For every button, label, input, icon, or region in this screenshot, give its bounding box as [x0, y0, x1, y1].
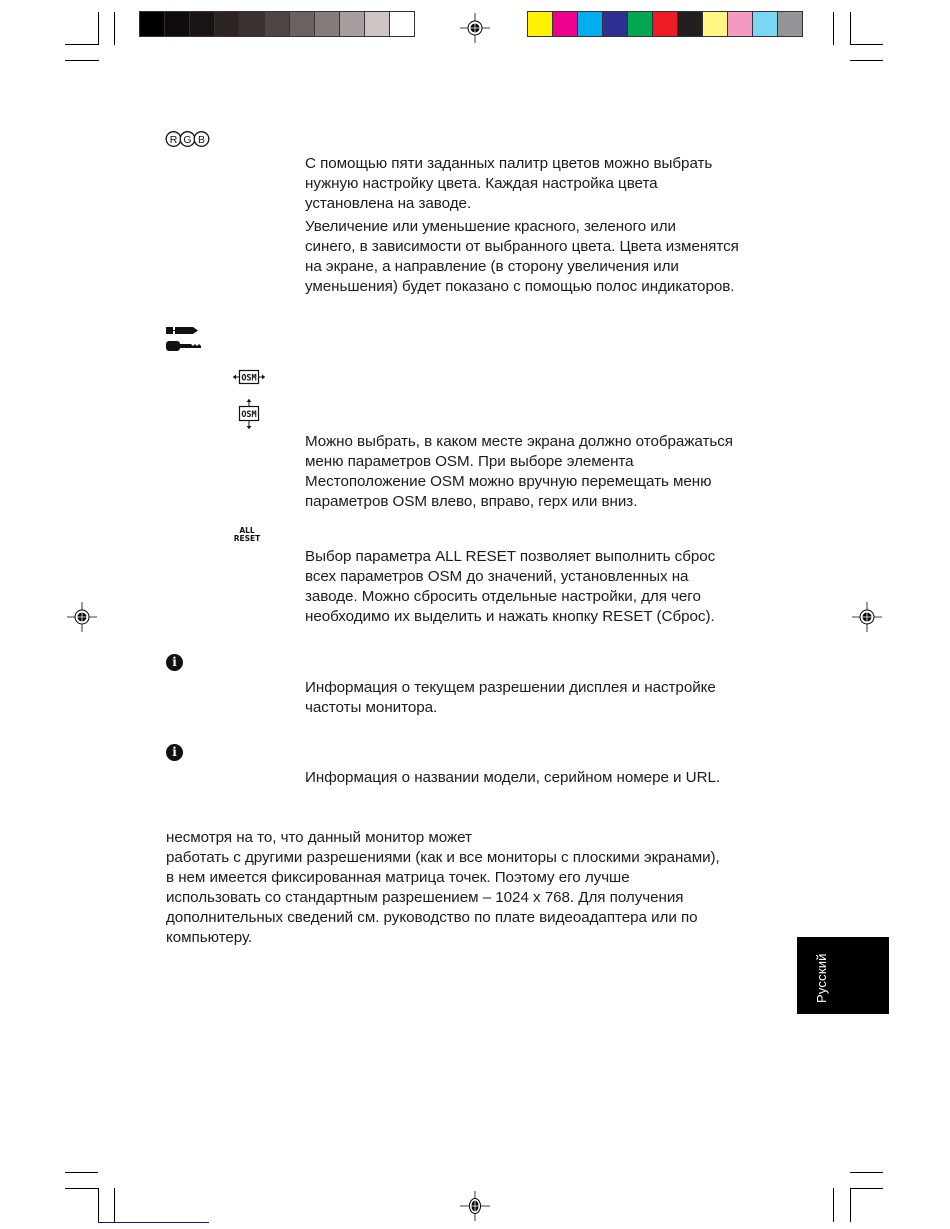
rgb-description: С помощью пяти заданных палитр цветов мо…	[305, 154, 712, 214]
language-tab-label: Русский	[814, 953, 829, 1003]
color-swatch	[703, 12, 727, 36]
color-swatch	[315, 12, 339, 36]
color-swatch	[390, 12, 414, 36]
all-reset-icon: ALL RESET	[230, 527, 264, 543]
color-swatch	[190, 12, 214, 36]
registration-mark-icon	[460, 1191, 490, 1221]
svg-text:OSM: OSM	[241, 374, 256, 384]
svg-text:OSM: OSM	[241, 410, 256, 420]
color-swatch	[753, 12, 777, 36]
osm-horizontal-position-icon: OSM	[232, 369, 266, 385]
all-reset-description: Выбор параметра ALL RESET позволяет выпо…	[305, 547, 715, 627]
color-swatch	[578, 12, 602, 36]
osm-vertical-position-icon: OSM	[238, 398, 260, 430]
rgb-adjust-description: Увеличение или уменьшение красного, зеле…	[305, 217, 739, 297]
color-swatch	[528, 12, 552, 36]
info-icon: i	[166, 744, 183, 761]
svg-text:B: B	[198, 134, 205, 146]
color-swatch	[728, 12, 752, 36]
svg-text:R: R	[170, 134, 178, 146]
color-swatch	[653, 12, 677, 36]
color-swatch	[340, 12, 364, 36]
rgb-icon: R G B	[165, 130, 211, 148]
wrench-icon	[165, 326, 203, 353]
color-calibration-bar	[527, 11, 803, 37]
monitor-info-description: Информация о названии модели, серийном н…	[305, 768, 720, 788]
svg-text:G: G	[183, 134, 191, 146]
color-swatch	[678, 12, 702, 36]
color-swatch	[365, 12, 389, 36]
color-swatch	[553, 12, 577, 36]
resolution-note: несмотря на то, что данный монитор может…	[166, 828, 720, 948]
color-swatch	[628, 12, 652, 36]
registration-mark-icon	[67, 602, 97, 632]
info-icon: i	[166, 654, 183, 671]
color-swatch	[215, 12, 239, 36]
osm-position-description: Можно выбрать, в каком месте экрана долж…	[305, 432, 733, 512]
color-swatch	[140, 12, 164, 36]
registration-mark-icon	[460, 13, 490, 43]
registration-mark-icon	[852, 602, 882, 632]
color-swatch	[265, 12, 289, 36]
color-swatch	[290, 12, 314, 36]
all-reset-icon-line2: RESET	[230, 535, 264, 543]
display-mode-description: Информация о текущем разрешении дисплея …	[305, 678, 716, 718]
color-swatch	[778, 12, 802, 36]
color-swatch	[240, 12, 264, 36]
color-swatch	[165, 12, 189, 36]
grayscale-calibration-bar	[139, 11, 415, 37]
language-tab: Русский	[797, 937, 889, 1014]
color-swatch	[603, 12, 627, 36]
